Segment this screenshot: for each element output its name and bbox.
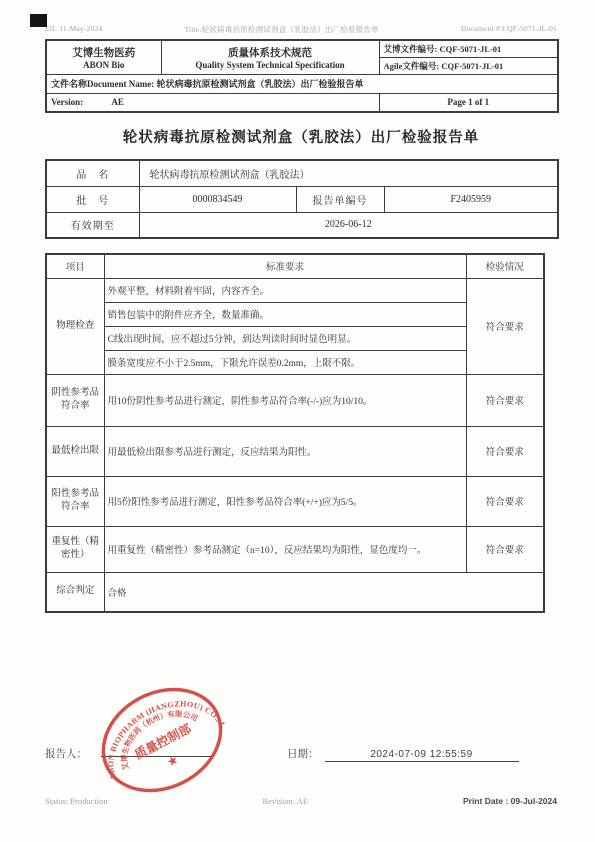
report-number-value: F2405959: [384, 186, 558, 212]
physical-check-result: 符合要求: [466, 278, 544, 374]
signature-row: 报告人： 日期： 2024-07-09 12:55:59: [45, 744, 557, 762]
version-cell: Version: AE: [46, 93, 379, 112]
product-info-table: 品 名 轮状病毒抗原检测试剂盒（乳胶法） 批 号 0000834549 报告单编…: [45, 159, 559, 239]
company-name-en: ABON Bio: [51, 60, 157, 70]
scan-meta-line: Eff. 11-May-2024 Title:轮状病毒抗原检测试剂盒（乳胶法）出…: [45, 24, 557, 35]
footer-row: Status: Production Revision: AE Print Da…: [45, 796, 557, 806]
version-label: Version:: [51, 97, 83, 107]
physical-requirement-4: 膜条宽度应不小于2.5mm，下限允许误差0.2mm，上限不限。: [104, 350, 466, 374]
abon-doc-number: 艾博文件编号: CQF-5071-JL-01: [379, 40, 558, 57]
detection-limit-requirement: 用最低检出限参考品进行测定，反应结果为阳性。: [104, 426, 466, 476]
table-row: 综合判定 合格: [46, 572, 544, 612]
spec-title-cell: 质量体系技术规范 Quality System Technical Specif…: [161, 40, 379, 74]
product-name-label: 品 名: [46, 160, 139, 186]
svg-text:ABON BIOPHARM (HANGZHOU) CO.,: ABON BIOPHARM (HANGZHOU) CO., LTD.: [88, 672, 228, 791]
physical-requirement-3: C线出现时间，应不超过5分钟，到达判读时间时显色明显。: [104, 326, 466, 350]
positive-ref-result: 符合要求: [466, 476, 544, 526]
footer-status: Status: Production: [45, 796, 108, 806]
expiry-date-value: 2026-06-12: [139, 212, 558, 238]
report-number-label: 报告单编号: [296, 186, 384, 212]
version-value: AE: [111, 97, 124, 107]
batch-number-row: 批 号 0000834549 报告单编号 F2405959: [46, 186, 558, 212]
negative-ref-item: 阴性参考品符合率: [46, 374, 104, 426]
document-header-table: 艾博生物医药 ABON Bio 质量体系技术规范 Quality System …: [45, 39, 559, 113]
table-row: 阳性参考品符合率 用5份阳性参考品进行测定，阳性参考品符合率(+/+)应为5/5…: [46, 476, 544, 526]
table-row: 重复性（精密性） 用重复性（精密性）参考品测定（n=10），反应结果均为阳性，显…: [46, 526, 544, 572]
table-row: 阴性参考品符合率 用10份阴性参考品进行测定，阴性参考品符合率(-/-)应为10…: [46, 374, 544, 426]
final-judgement-item: 综合判定: [46, 572, 104, 612]
positive-ref-requirement: 用5份阳性参考品进行测定，阳性参考品符合率(+/+)应为5/5。: [104, 476, 466, 526]
product-name-row: 品 名 轮状病毒抗原检测试剂盒（乳胶法）: [46, 160, 558, 186]
expiry-date-label: 有效期至: [46, 212, 139, 238]
company-name-cn: 艾博生物医药: [51, 45, 157, 60]
date-label: 日期：: [287, 746, 319, 761]
column-header-item: 项目: [46, 254, 104, 278]
batch-number-value: 0000834549: [139, 186, 296, 212]
report-title: 轮状病毒抗原检测试剂盒（乳胶法）出厂检验报告单: [45, 126, 557, 147]
meta-eff-date: Eff. 11-May-2024: [45, 24, 102, 35]
detection-limit-result: 符合要求: [466, 426, 544, 476]
spec-title-cn: 质量体系技术规范: [166, 45, 375, 60]
inspection-table: 项目 标准要求 检验情况 物理检查 外观平整，材料附着牢固，内容齐全。 符合要求…: [45, 253, 545, 613]
page-number: Page 1 of 1: [379, 93, 558, 112]
product-name-value: 轮状病毒抗原检测试剂盒（乳胶法）: [139, 160, 558, 186]
company-stamp: ABON BIOPHARM (HANGZHOU) CO., LTD. 艾博生物医…: [88, 672, 236, 812]
spec-title-en: Quality System Technical Specification: [166, 60, 375, 70]
scan-artifact-mark: [30, 14, 47, 27]
document-name-value: 轮状病毒抗原检测试剂盒（乳胶法）出厂检验报告单: [156, 79, 363, 89]
physical-requirement-1: 外观平整，材料附着牢固，内容齐全。: [104, 278, 466, 302]
repeatability-item: 重复性（精密性）: [46, 526, 104, 572]
negative-ref-requirement: 用10份阴性参考品进行测定，阴性参考品符合率(-/-)应为10/10。: [104, 374, 466, 426]
repeatability-result: 符合要求: [466, 526, 544, 572]
positive-ref-item: 阳性参考品符合率: [46, 476, 104, 526]
final-judgement-value: 合格: [104, 572, 544, 612]
meta-document-number: Document #:CQF-5071-JL-01: [461, 24, 557, 35]
inspection-header-row: 项目 标准要求 检验情况: [46, 254, 544, 278]
expiry-date-row: 有效期至 2026-06-12: [46, 212, 558, 238]
reporter-signature-line: [101, 744, 213, 757]
stamp-border: [88, 672, 236, 810]
reporter-label: 报告人：: [45, 746, 87, 761]
report-page: Eff. 11-May-2024 Title:轮状病毒抗原检测试剂盒（乳胶法）出…: [0, 0, 595, 842]
physical-requirement-2: 销售包装中的附件应齐全，数量准确。: [104, 302, 466, 326]
footer-print-date: Print Date : 09-Jul-2024: [463, 796, 557, 806]
negative-ref-result: 符合要求: [466, 374, 544, 426]
table-row: 最低检出限 用最低检出限参考品进行测定，反应结果为阳性。 符合要求: [46, 426, 544, 476]
agile-doc-number: Agile文件编号: CQF-5071-JL-01: [379, 57, 558, 74]
footer-revision: Revision: AE: [262, 796, 308, 806]
stamp-outer-text: ABON BIOPHARM (HANGZHOU) CO., LTD.: [88, 672, 228, 791]
table-row: 物理检查 外观平整，材料附着牢固，内容齐全。 符合要求: [46, 278, 544, 302]
repeatability-requirement: 用重复性（精密性）参考品测定（n=10），反应结果均为阳性，显色度均一。: [104, 526, 466, 572]
column-header-result: 检验情况: [466, 254, 544, 278]
physical-check-item: 物理检查: [46, 278, 104, 374]
document-name-label: 文件名称Document Name:: [51, 79, 154, 89]
meta-title: Title:轮状病毒抗原检测试剂盒（乳胶法）出厂检验报告单: [185, 24, 379, 35]
batch-number-label: 批 号: [46, 186, 139, 212]
detection-limit-item: 最低检出限: [46, 426, 104, 476]
company-cell: 艾博生物医药 ABON Bio: [46, 40, 161, 74]
document-name-cell: 文件名称Document Name: 轮状病毒抗原检测试剂盒（乳胶法）出厂检验报…: [46, 74, 558, 93]
date-group: 日期： 2024-07-09 12:55:59: [287, 746, 519, 762]
column-header-requirement: 标准要求: [104, 254, 466, 278]
date-value: 2024-07-09 12:55:59: [325, 749, 519, 762]
